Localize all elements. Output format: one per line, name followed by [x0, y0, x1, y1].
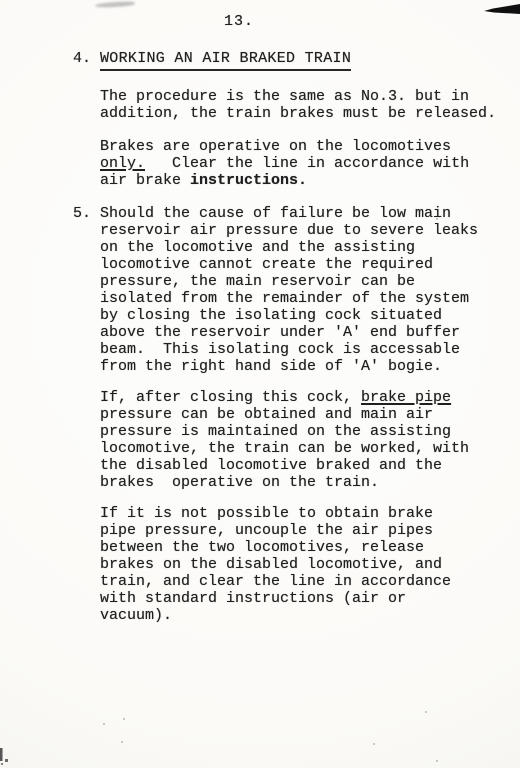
- underlined-text: brake pipe: [361, 389, 451, 406]
- paper-speck: [425, 711, 427, 713]
- text-line: vacuum).: [100, 607, 487, 624]
- text-line: Should the cause of failure be low main: [100, 205, 487, 222]
- text-line: on the locomotive and the assisting: [100, 239, 487, 256]
- text-line: only. Clear the line in accordance with: [100, 155, 487, 172]
- paragraph: Brakes are operative on the locomotives …: [100, 138, 487, 189]
- text-line: isolated from the remainder of the syste…: [100, 290, 487, 307]
- text-line: If it is not possible to obtain brake: [100, 505, 487, 522]
- paragraph: If, after closing this cock, brake pipe …: [100, 389, 487, 491]
- paper-speck: [123, 718, 125, 720]
- paper-speck: [470, 115, 472, 117]
- text-line: addition, the train brakes must be relea…: [100, 105, 487, 122]
- text-line: brakes on the disabled locomotive, and: [100, 556, 487, 573]
- text-line: Brakes are operative on the locomotives: [100, 138, 487, 155]
- section-4-heading-row: 4. WORKING AN AIR BRAKED TRAIN: [73, 50, 487, 71]
- paper-speck: [121, 741, 123, 743]
- paragraph: Should the cause of failure be low mainr…: [100, 205, 487, 375]
- paper-speck: [436, 760, 438, 762]
- text-line: with standard instructions (air or: [100, 590, 487, 607]
- document-page: 13. 4. WORKING AN AIR BRAKED TRAIN The p…: [0, 0, 520, 768]
- text-line: by closing the isolating cock situated: [100, 307, 487, 324]
- section-5-number: 5.: [73, 205, 100, 638]
- text-line: reservoir air pressure due to severe lea…: [100, 222, 487, 239]
- text-line: The procedure is the same as No.3. but i…: [100, 88, 487, 105]
- text-line: from the right hand side of 'A' bogie.: [100, 358, 487, 375]
- text-segment: Clear the line in accordance with: [145, 155, 469, 172]
- smudge-mark-icon: [95, 1, 135, 8]
- text-line: brakes operative on the train.: [100, 474, 487, 491]
- paragraph-continuation: pressure can be obtained and main airpre…: [100, 406, 487, 491]
- text-line: between the two locomotives, release: [100, 539, 487, 556]
- paragraph: If it is not possible to obtain brakepip…: [100, 505, 487, 624]
- text-line: pipe pressure, uncouple the air pipes: [100, 522, 487, 539]
- section-5-row: 5. Should the cause of failure be low ma…: [73, 205, 487, 638]
- ink-mark-icon: [484, 3, 520, 17]
- page-content: 4. WORKING AN AIR BRAKED TRAIN The proce…: [73, 50, 487, 638]
- paper-speck: [373, 743, 375, 745]
- text-line: air brake instructions.: [100, 172, 487, 189]
- section-4-heading: WORKING AN AIR BRAKED TRAIN: [100, 50, 351, 71]
- text-segment: air brake: [100, 172, 190, 189]
- text-line: locomotive, the train can be worked, wit…: [100, 440, 487, 457]
- underlined-text: only.: [100, 155, 145, 172]
- text-line: locomotive cannot create the required: [100, 256, 487, 273]
- text-line: the disabled locomotive braked and the: [100, 457, 487, 474]
- paragraph: The procedure is the same as No.3. but i…: [100, 88, 487, 122]
- text-line: pressure is maintained on the assisting: [100, 423, 487, 440]
- page-number: 13.: [224, 13, 254, 30]
- text-line: train, and clear the line in accordance: [100, 573, 487, 590]
- section-4-body: The procedure is the same as No.3. but i…: [100, 88, 487, 189]
- text-line: If, after closing this cock, brake pipe: [100, 389, 487, 406]
- corner-ink-mark-icon: [0, 746, 14, 768]
- paper-speck: [103, 723, 105, 725]
- text-line: pressure, the main reservoir can be: [100, 273, 487, 290]
- section-5-body: Should the cause of failure be low mainr…: [100, 205, 487, 638]
- text-segment: If, after closing this cock,: [100, 389, 361, 406]
- text-line: pressure can be obtained and main air: [100, 406, 487, 423]
- bold-text: instructions.: [190, 172, 307, 189]
- text-line: beam. This isolating cock is accessable: [100, 341, 487, 358]
- text-line: above the reservoir under 'A' end buffer: [100, 324, 487, 341]
- paper-speck: [436, 218, 438, 220]
- section-4-number: 4.: [73, 50, 100, 71]
